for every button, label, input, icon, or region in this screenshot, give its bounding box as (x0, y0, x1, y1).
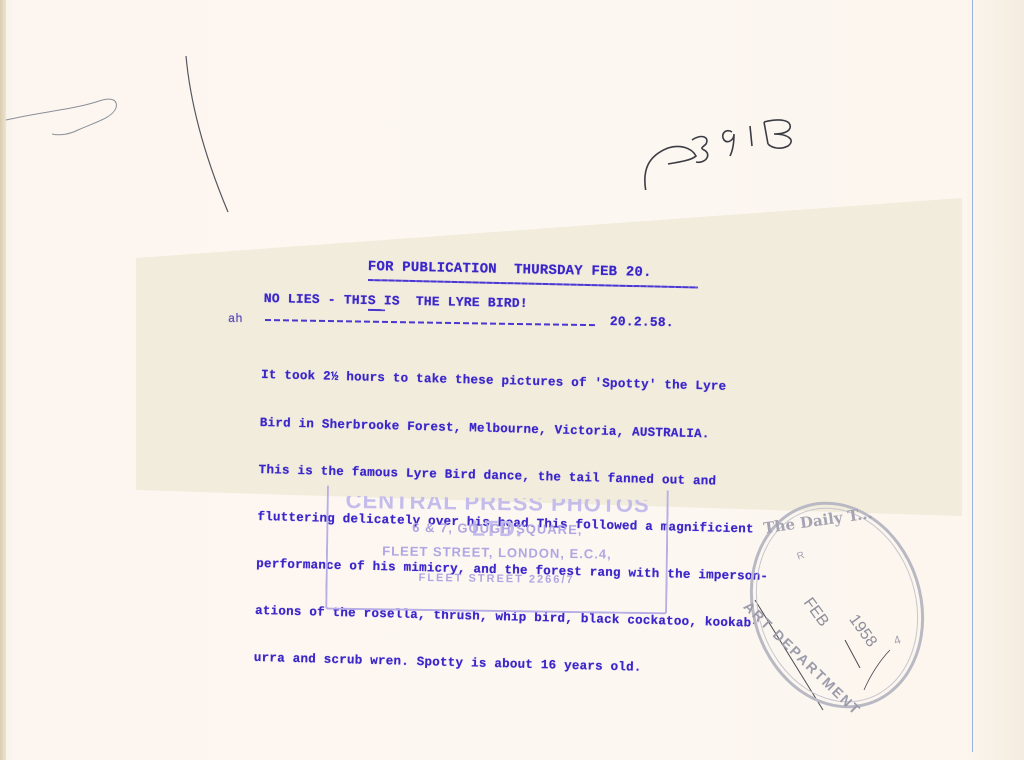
slug-mark: ah (228, 312, 243, 326)
caption-line: Bird in Sherbrooke Forest, Melbourne, Vi… (260, 415, 772, 444)
margin-rule-line (972, 0, 973, 752)
caption-line: It took 2½ hours to take these pictures … (261, 368, 773, 397)
handwritten-reference: A391B (640, 100, 810, 190)
agency-address-2: FLEET STREET, LONDON, E.C.4, (328, 543, 666, 563)
caption-line: urra and scrub wren. Spotty is about 16 … (254, 651, 766, 680)
handwritten-reference-glyphs (640, 100, 810, 190)
agency-stamp: CENTRAL PRESS PHOTOS LTD. 6 & 7, GOUGH S… (325, 486, 669, 615)
paper-left-edge (0, 0, 6, 760)
headline-emphasis-underline (368, 309, 385, 311)
dateline: 20.2.58. (610, 314, 674, 330)
agency-phone: FLEET STREET 2266/7 (328, 571, 666, 588)
